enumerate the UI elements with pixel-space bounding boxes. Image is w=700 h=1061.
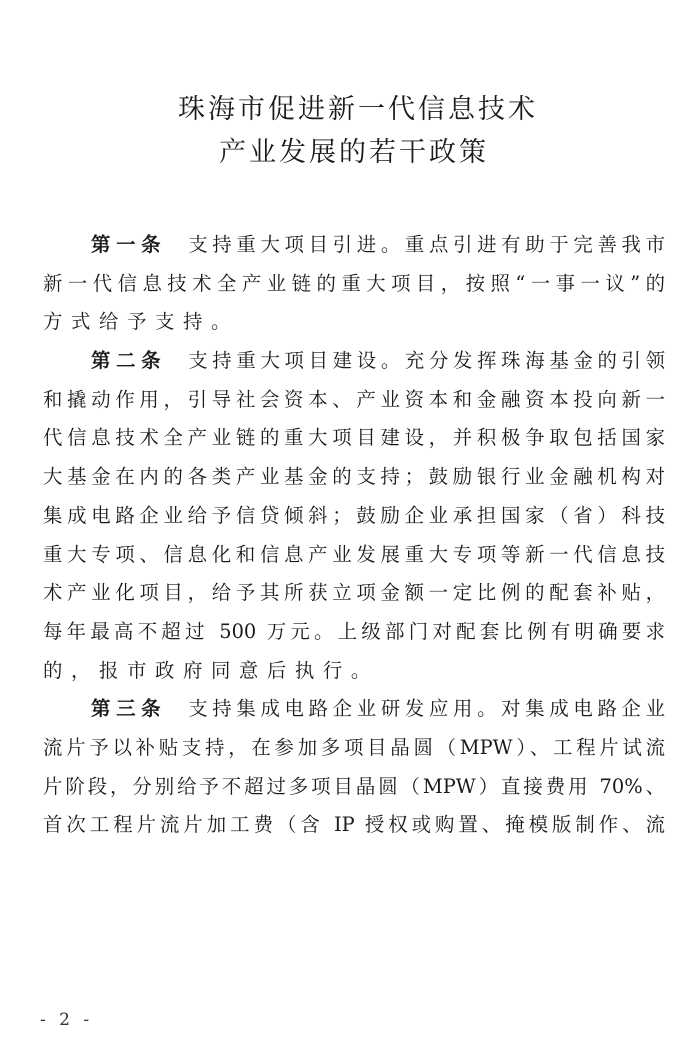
document-body: 第一条支持重大项目引进。重点引进有助于完善我市 新一代信息技术全产业链的重大项目… <box>43 226 665 845</box>
article-3-line-1: 第三条支持集成电路企业研发应用。对集成电路企业 <box>43 690 665 729</box>
article-2-line-4: 大基金在内的各类产业基金的支持；鼓励银行业金融机构对 <box>43 458 665 497</box>
article-3-text: 支持集成电路企业研发应用。对集成电路企业 <box>188 697 665 720</box>
article-2-line-9: 的，报市政府同意后执行。 <box>43 652 665 691</box>
article-2-line-3: 代信息技术全产业链的重大项目建设，并积极争取包括国家 <box>43 419 665 458</box>
article-3-heading: 第三条 <box>91 697 166 720</box>
document-page: 珠海市促进新一代信息技术 产业发展的若干政策 第一条支持重大项目引进。重点引进有… <box>0 0 700 1061</box>
article-1-text: 支持重大项目引进。重点引进有助于完善我市 <box>188 233 665 256</box>
article-1-line-2: 新一代信息技术全产业链的重大项目，按照“一事一议”的 <box>43 265 665 304</box>
article-3-line-3: 片阶段，分别给予不超过多项目晶圆（MPW）直接费用 70%、 <box>43 768 665 807</box>
article-3-line-2: 流片予以补贴支持，在参加多项目晶圆（MPW）、工程片试流 <box>43 729 665 768</box>
article-2-line-1: 第二条支持重大项目建设。充分发挥珠海基金的引领 <box>43 342 665 381</box>
article-3-line-4: 首次工程片流片加工费（含 IP 授权或购置、掩模版制作、流 <box>43 806 665 845</box>
article-2-line-7: 术产业化项目，给予其所获立项金额一定比例的配套补贴， <box>43 574 665 613</box>
article-1-line-1: 第一条支持重大项目引进。重点引进有助于完善我市 <box>43 226 665 265</box>
article-2-line-8: 每年最高不超过 500 万元。上级部门对配套比例有明确要求 <box>43 613 665 652</box>
page-number: - 2 - <box>40 1010 93 1030</box>
article-1-heading: 第一条 <box>91 233 166 256</box>
article-2-line-6: 重大专项、信息化和信息产业发展重大专项等新一代信息技 <box>43 536 665 575</box>
article-2-line-2: 和撬动作用，引导社会资本、产业资本和金融资本投向新一 <box>43 381 665 420</box>
article-2-text: 支持重大项目建设。充分发挥珠海基金的引领 <box>188 349 665 372</box>
article-2-line-5: 集成电路企业给予信贷倾斜；鼓励企业承担国家（省）科技 <box>43 497 665 536</box>
document-title-line-1: 珠海市促进新一代信息技术 <box>8 90 700 130</box>
article-2-heading: 第二条 <box>91 349 166 372</box>
document-title-line-2: 产业发展的若干政策 <box>4 133 700 173</box>
article-1-line-3: 方式给予支持。 <box>43 303 665 342</box>
